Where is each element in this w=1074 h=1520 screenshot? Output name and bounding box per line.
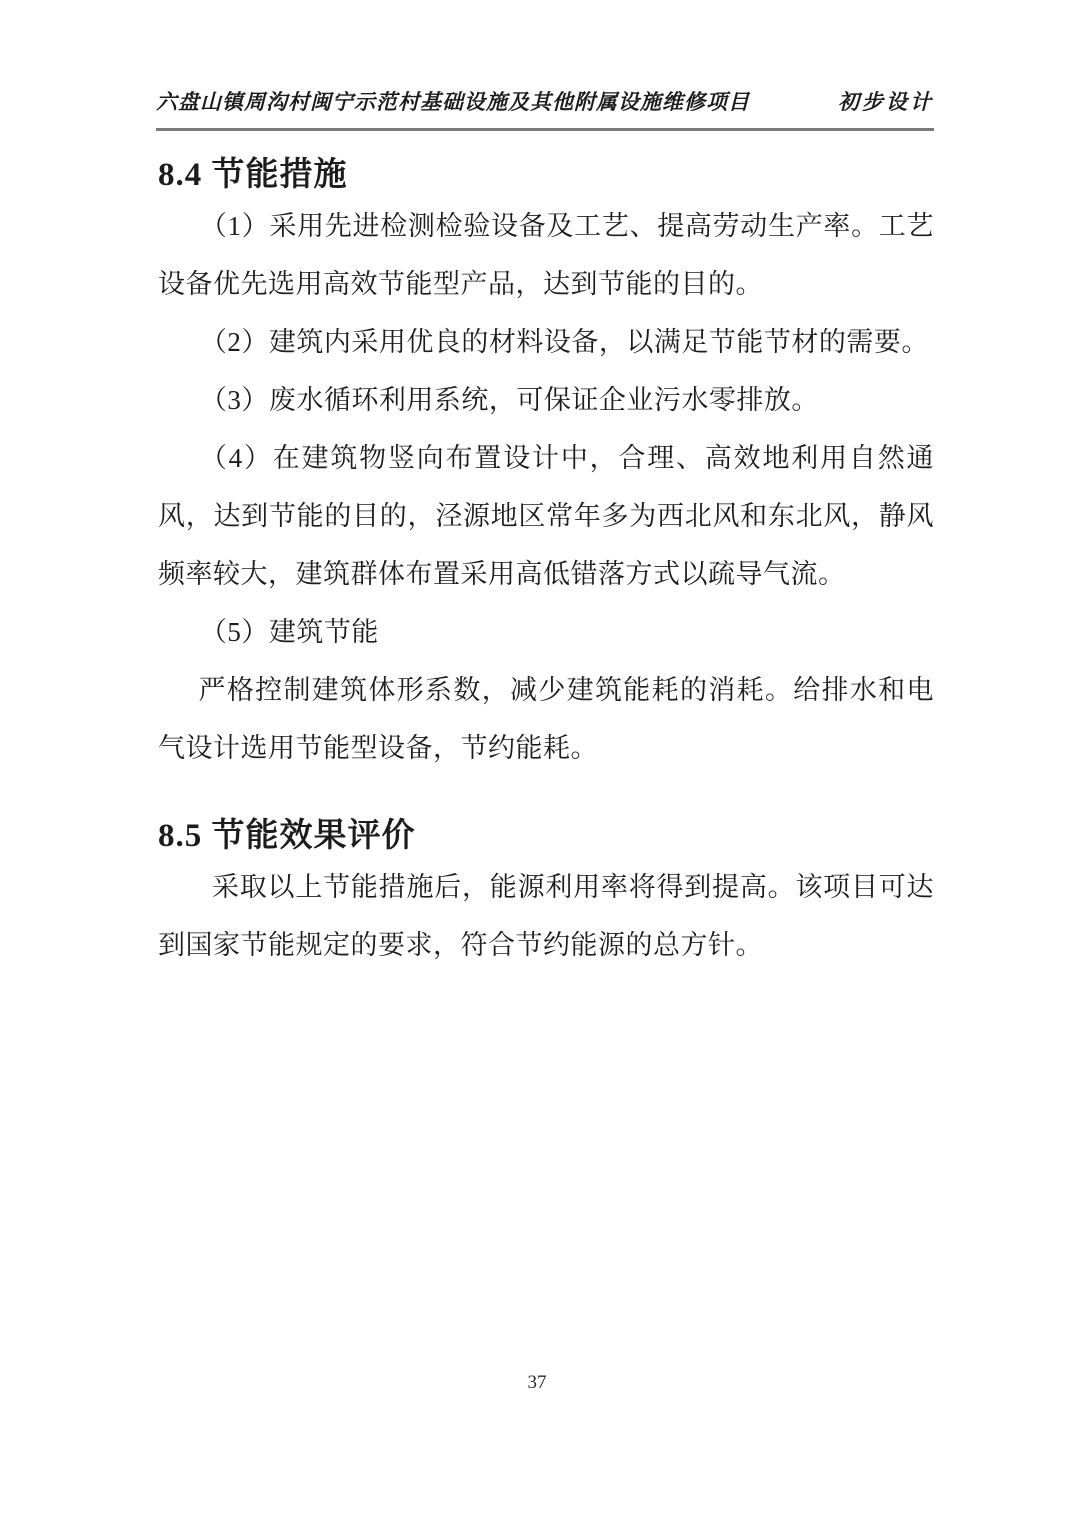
section-8-5-heading: 8.5 节能效果评价	[158, 814, 934, 858]
paragraph-8-4-item-5: （5）建筑节能	[158, 603, 934, 661]
header-project-title: 六盘山镇周沟村闽宁示范村基础设施及其他附属设施维修项目	[156, 86, 750, 116]
paragraph-8-5-body: 采取以上节能措施后，能源利用率将得到提高。该项目可达到国家节能规定的要求，符合节…	[158, 858, 934, 974]
document-body: 8.4 节能措施 （1）采用先进检测检验设备及工艺、提高劳动生产率。工艺设备优先…	[158, 153, 934, 974]
section-8-4-heading: 8.4 节能措施	[158, 153, 934, 197]
page-number: 37	[0, 1372, 1074, 1394]
paragraph-8-4-summary: 严格控制建筑体形系数，减少建筑能耗的消耗。给排水和电气设计选用节能型设备，节约能…	[158, 661, 934, 777]
header-doc-type: 初步设计	[838, 86, 934, 116]
paragraph-8-4-item-2: （2）建筑内采用优良的材料设备，以满足节能节材的需要。	[158, 313, 934, 371]
document-page: 六盘山镇周沟村闽宁示范村基础设施及其他附属设施维修项目 初步设计 8.4 节能措…	[0, 0, 1074, 1520]
paragraph-8-4-item-1: （1）采用先进检测检验设备及工艺、提高劳动生产率。工艺设备优先选用高效节能型产品…	[158, 197, 934, 313]
paragraph-8-4-item-3: （3）废水循环利用系统，可保证企业污水零排放。	[158, 371, 934, 429]
page-header: 六盘山镇周沟村闽宁示范村基础设施及其他附属设施维修项目 初步设计	[156, 0, 934, 131]
paragraph-8-4-item-4: （4）在建筑物竖向布置设计中，合理、高效地利用自然通风，达到节能的目的，泾源地区…	[158, 429, 934, 603]
